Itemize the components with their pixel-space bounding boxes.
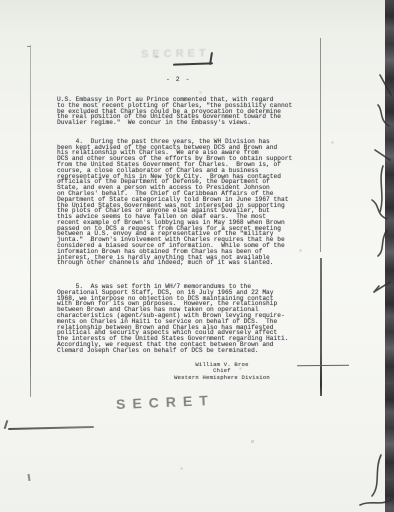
stray-mark-bottom-left: [28, 474, 30, 481]
scan-line-right-lower: [320, 258, 322, 396]
pen-strike-mark: [173, 62, 213, 66]
scan-line-right-upper: [320, 38, 321, 252]
secret-stamp-top: SECRET: [141, 47, 210, 60]
scan-line-left: [30, 45, 31, 397]
secret-stamp-bottom: SECRET: [116, 392, 215, 412]
signature-division: Western Hemisphere Division: [158, 375, 286, 381]
stray-mark-margin: [95, 114, 99, 115]
page-number: - 2 -: [166, 76, 191, 83]
paragraph-5: 5. As was set forth in WH/7 memorandums …: [57, 284, 307, 353]
signature-block: William V. Broe Chief Western Hemisphere…: [158, 362, 286, 381]
document-body: U.S. Embassy in Port au Prince commented…: [57, 97, 307, 353]
scanned-document-page: SECRET - 2 - U.S. Embassy in Port au Pri…: [0, 0, 394, 512]
scan-noise-speckles: [0, 0, 1, 1]
stray-mark-top-left: [27, 46, 31, 47]
cross-mark-line: [297, 365, 349, 367]
bottom-left-pen-line: [8, 426, 94, 430]
paragraph-intro: U.S. Embassy in Port au Prince commented…: [57, 97, 307, 126]
binder-edge-scribbles: [350, 0, 394, 512]
paragraph-4: 4. During the past three years, the WH D…: [57, 139, 307, 266]
